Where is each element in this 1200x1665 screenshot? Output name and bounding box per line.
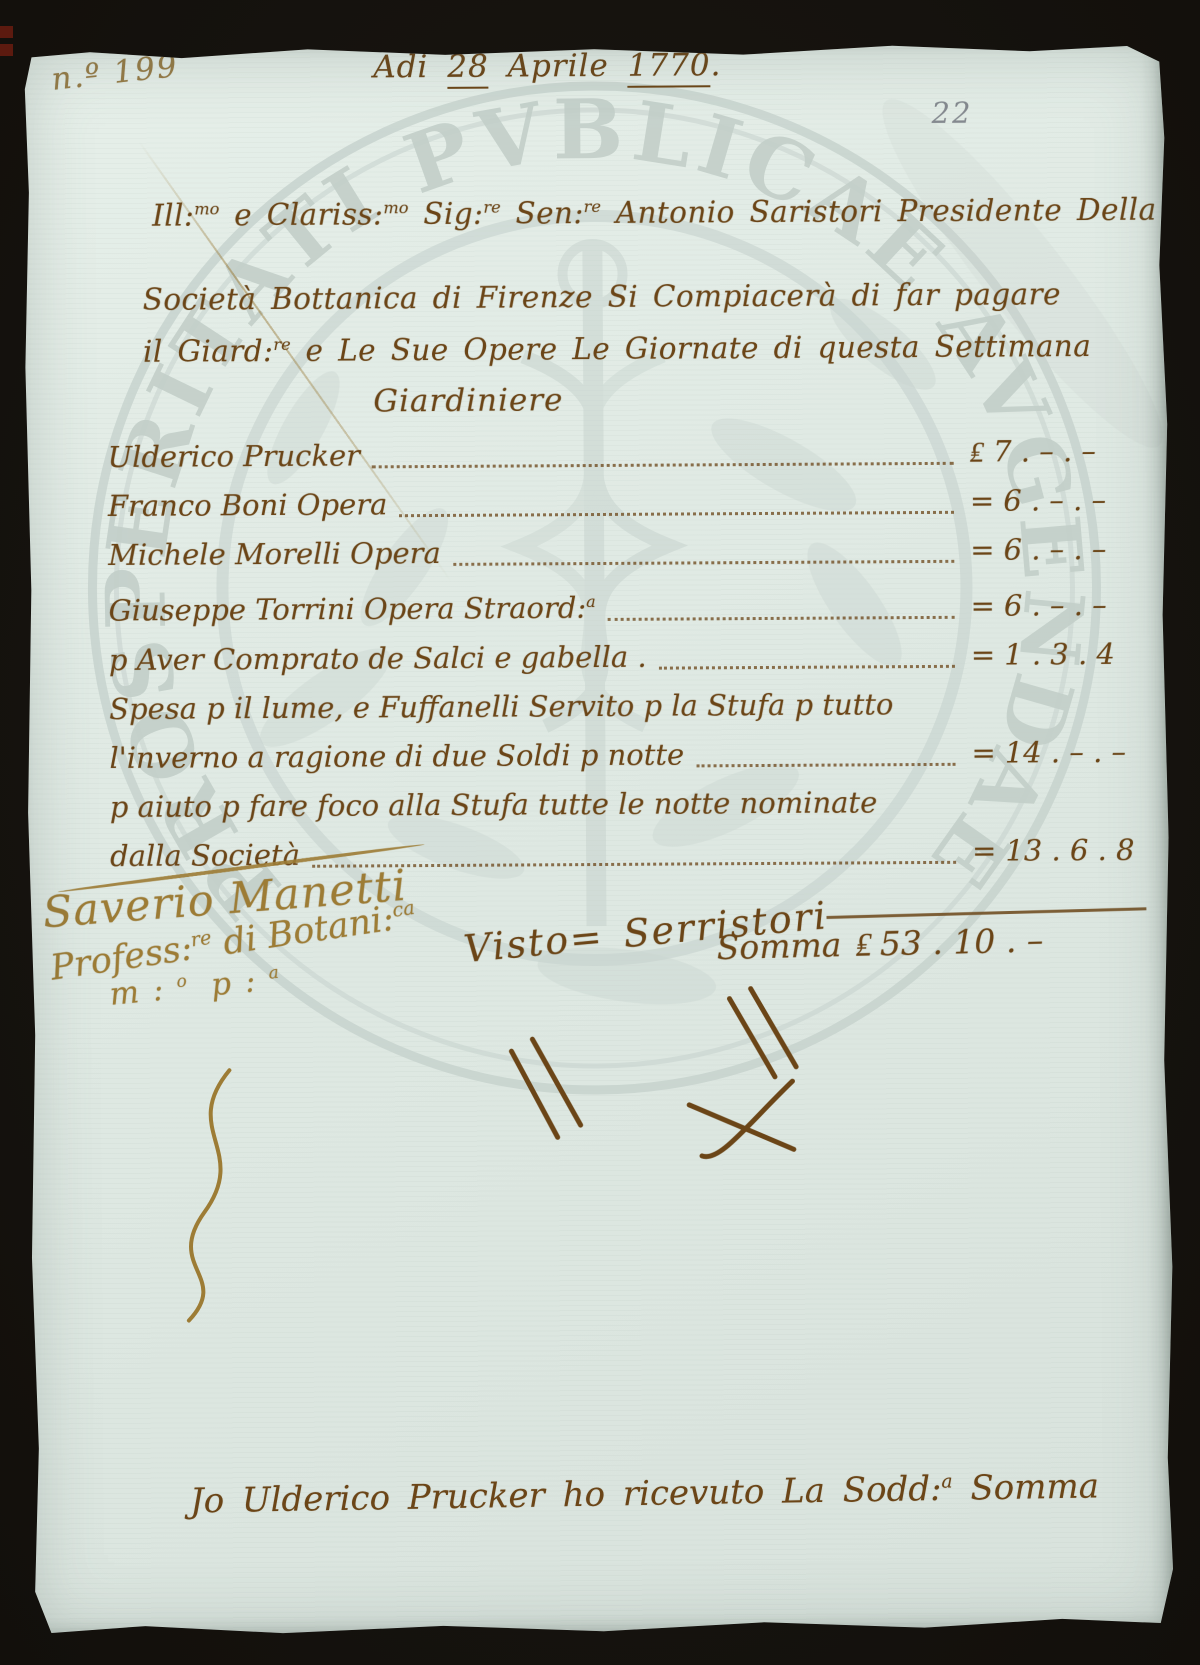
amount-value: 6 . – . –: [1003, 532, 1106, 567]
currency-mark: =: [971, 728, 996, 777]
date-word-adi: Adi: [373, 49, 428, 85]
ledger-item-label: p Aver Comprato de Salci e gabella .: [109, 632, 647, 684]
ledger-item-amount: =6 . – . –: [970, 580, 1138, 630]
section-heading: Giardiniere: [373, 382, 563, 419]
ledger-item-amount: ₤7 . – . –: [969, 427, 1137, 477]
date-day: 28: [447, 49, 489, 89]
amount-value: 13 . 6 . 8: [1005, 832, 1134, 867]
ledger-item-label: Franco Boni Opera: [108, 480, 388, 531]
ledger-row: Ulderico Prucker₤7 . – . –: [107, 427, 1137, 482]
ledger-item-label: Ulderico Prucker: [107, 431, 360, 482]
ledger-item-label: Michele Morelli Opera: [108, 529, 441, 580]
photo-edge-mark: [0, 26, 13, 66]
amount-value: 7 . – . –: [993, 434, 1096, 469]
amount-value: 14 . – . –: [1005, 734, 1126, 769]
ledger-item-label-continued: l'inverno a ragione di due Soldi p notte: [109, 730, 684, 783]
ledger-item-amount: =13 . 6 . 8: [972, 825, 1140, 875]
ledger-item-amount: =6 . – . –: [970, 476, 1138, 526]
currency-mark: =: [970, 581, 995, 630]
currency-mark: =: [971, 630, 996, 679]
ledger-row: Franco Boni Opera=6 . – . –: [108, 476, 1138, 531]
date-month: Aprile: [507, 48, 608, 85]
dotted-leader: [608, 615, 955, 620]
dotted-leader: [659, 664, 955, 669]
visto-flourish: [478, 940, 1055, 1201]
salutation: Ill:mo e Clariss:mo Sig:re Sen:re Antoni…: [141, 43, 1121, 49]
dotted-leader: [399, 511, 954, 517]
ledger-row-line: Ulderico Prucker₤7 . – . –: [107, 427, 1137, 482]
paraph-flourish: [117, 1062, 289, 1333]
ledger-row-line: Michele Morelli Opera=6 . – . –: [108, 525, 1138, 580]
ledger-item-label: p aiuto p fare foco alla Stufa tutte le …: [110, 785, 878, 824]
manuscript-page: PROSPERITATI PVBLICAE AVGENDAE: [21, 43, 1177, 1640]
date-period: .: [710, 47, 721, 83]
currency-mark: =: [970, 477, 995, 526]
salutation-line-3: il Giard:re e Le Sue Opere Le Giornate d…: [143, 329, 1091, 369]
salutation-line-2: Società Bottanica di Firenze Si Compiace…: [143, 277, 1061, 317]
ledger-row-line: Franco Boni Opera=6 . – . –: [108, 476, 1138, 531]
ledger-row-line: p aiuto p fare foco alla Stufa tutte le …: [110, 776, 1140, 831]
dotted-leader: [372, 462, 954, 469]
ledger-item-amount: =1 . 3 . 4: [971, 629, 1139, 679]
ledger-row: p Aver Comprato de Salci e gabella .=1 .…: [109, 629, 1139, 684]
signature-manetti: Saverio Manetti Profess:re di Botani:ca …: [42, 865, 473, 998]
receipt-line: Jo Ulderico Prucker ho ricevuto La Sodd:…: [190, 1466, 1131, 1522]
salutation-line-1: Ill:mo e Clariss:mo Sig:re Sen:re Antoni…: [142, 193, 1157, 233]
ledger-item-label: Giuseppe Torrini Opera Straord:a: [108, 577, 595, 636]
dotted-leader: [453, 560, 954, 566]
ledger-item-amount: =6 . – . –: [970, 525, 1138, 575]
currency-mark: =: [972, 826, 997, 875]
ledger-row: Giuseppe Torrini Opera Straord:a=6 . – .…: [108, 574, 1138, 636]
archival-number: n.º 199: [50, 48, 181, 98]
ledger-row-line: l'inverno a ragione di due Soldi p notte…: [109, 727, 1139, 782]
ledger-row-line: Spesa p il lume, e Fuffanelli Servito p …: [109, 678, 1139, 733]
currency-mark: ₤: [969, 428, 984, 477]
date-year: 1770: [628, 47, 711, 88]
ledger-rows: Ulderico Prucker₤7 . – . –Franco Boni Op…: [107, 427, 1140, 881]
ledger-item-amount: =14 . – . –: [971, 727, 1139, 777]
ledger-row-line: Giuseppe Torrini Opera Straord:a=6 . – .…: [108, 574, 1138, 636]
amount-value: 6 . – . –: [1003, 483, 1106, 518]
amount-value: 6 . – . –: [1004, 588, 1107, 623]
amount-value: 1 . 3 . 4: [1004, 637, 1115, 672]
currency-mark: =: [970, 526, 995, 575]
photo-background: PROSPERITATI PVBLICAE AVGENDAE: [0, 0, 1200, 1665]
dotted-leader: [696, 762, 955, 767]
folio-number: 22: [931, 96, 972, 130]
ledger-row-line: p Aver Comprato de Salci e gabella .=1 .…: [109, 629, 1139, 684]
date-line: Adi 28 Aprile 1770.: [373, 47, 721, 85]
ledger-row: Spesa p il lume, e Fuffanelli Servito p …: [109, 678, 1140, 782]
ledger-item-label: Spesa p il lume, e Fuffanelli Servito p …: [109, 687, 893, 726]
ledger-row: Michele Morelli Opera=6 . – . –: [108, 525, 1138, 580]
